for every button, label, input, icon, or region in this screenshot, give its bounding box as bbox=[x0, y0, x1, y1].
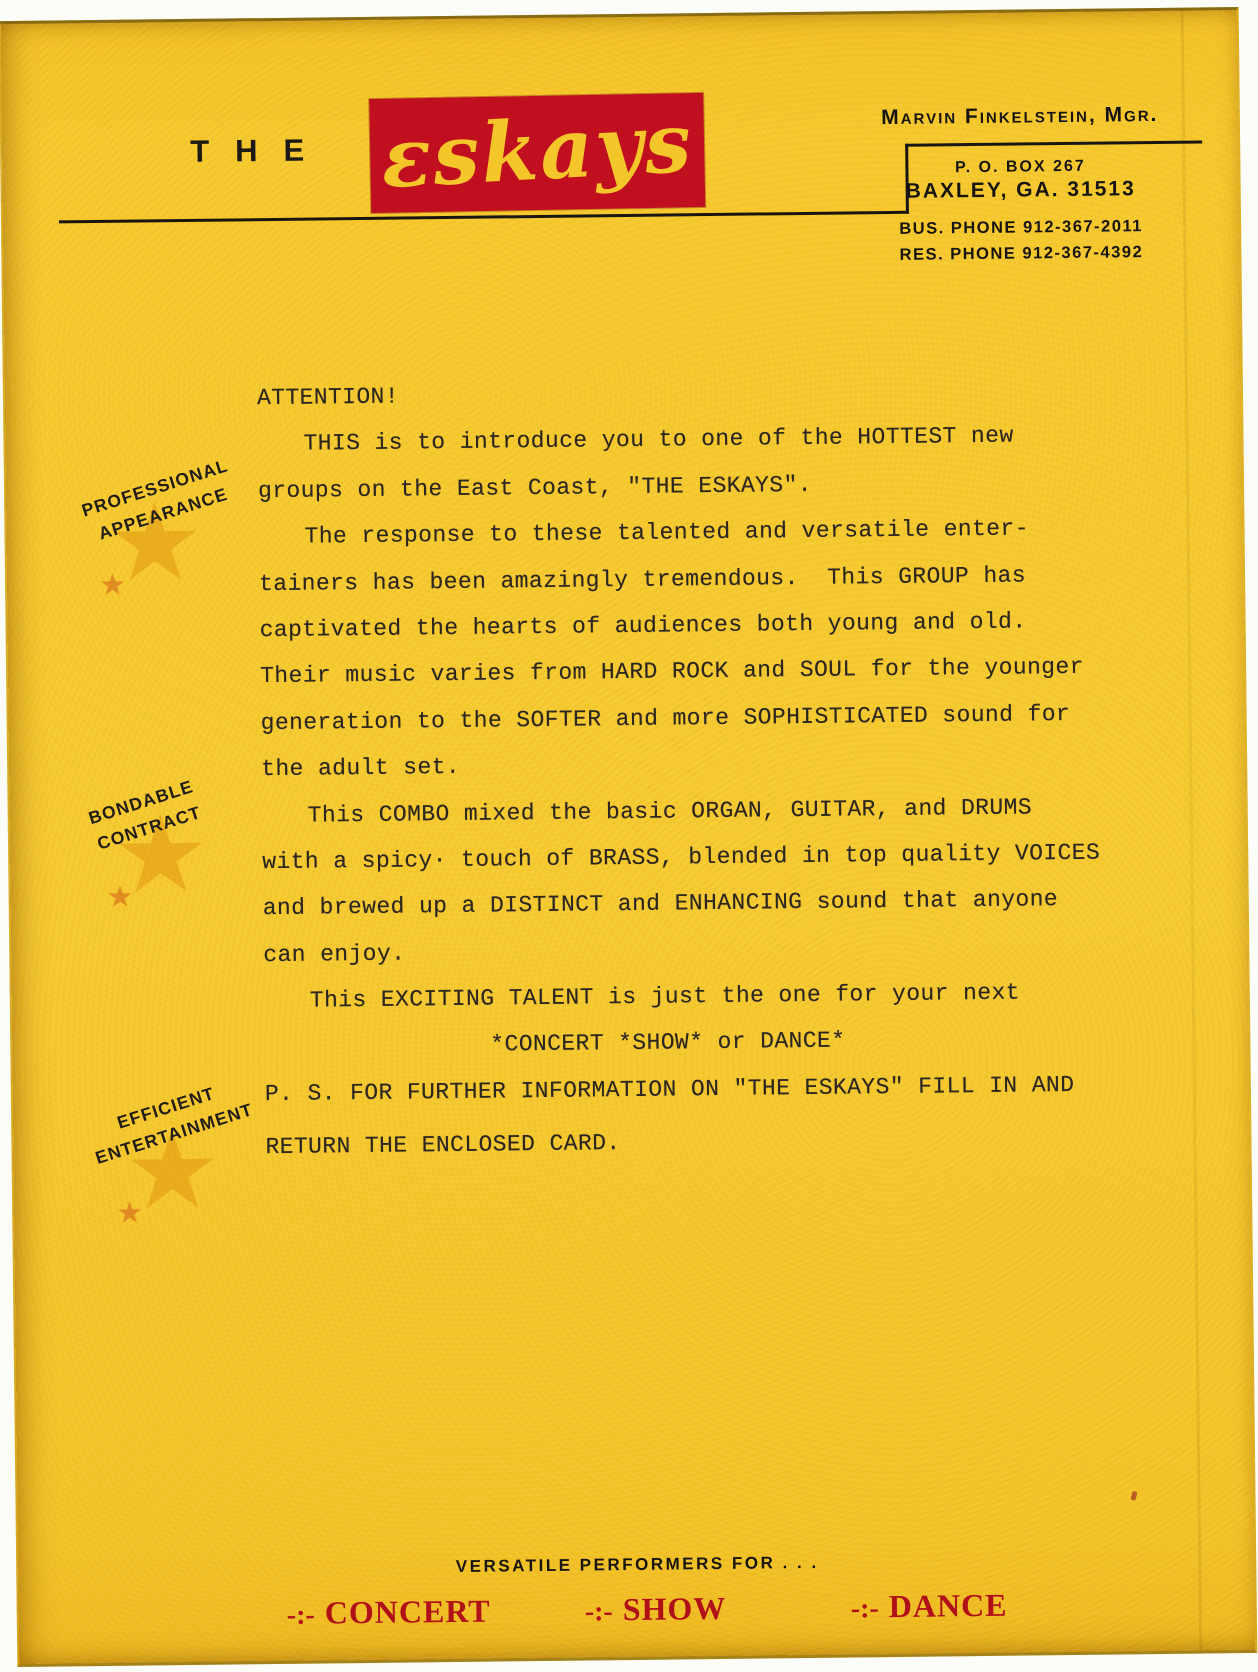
letter-body: ATTENTION! THIS is to introduce you to o… bbox=[257, 365, 1146, 1171]
po-box-line: P. O. BOX 267 bbox=[850, 157, 1190, 179]
stamp-professional-appearance: ★ ★ PROFESSIONAL APPEARANCE bbox=[64, 473, 255, 529]
brand-logo-box: εskays bbox=[369, 93, 705, 213]
stamp-efficient-entertainment: ★ ★ EFFICIENT ENTERTAINMENT bbox=[65, 1093, 276, 1149]
divider-mark: -:- bbox=[287, 1600, 315, 1631]
star-icon: ★ bbox=[106, 883, 133, 913]
divider-mark: -:- bbox=[585, 1596, 613, 1627]
manager-name: Marvin Finkelstein, Mgr. bbox=[840, 102, 1200, 130]
brand-prefix-the: THE bbox=[190, 132, 330, 170]
residence-phone-line: RES. PHONE 912-367-4392 bbox=[851, 243, 1191, 266]
footer-item-dance: -:-DANCE bbox=[851, 1587, 1008, 1626]
divider-mark: -:- bbox=[851, 1593, 879, 1624]
body-line-ps: P. S. FOR FURTHER INFORMATION ON "THE ES… bbox=[265, 1061, 1145, 1117]
body-line-ps: RETURN THE ENCLOSED CARD. bbox=[265, 1114, 1145, 1170]
star-icon: ★ bbox=[116, 1199, 143, 1229]
ink-speck bbox=[1130, 1491, 1137, 1501]
city-state-zip-line: BAXLEY, GA. 31513 bbox=[851, 177, 1191, 205]
footer-label: SHOW bbox=[623, 1590, 727, 1627]
letterhead-paper: THE εskays Marvin Finkelstein, Mgr. P. O… bbox=[0, 7, 1257, 1667]
footer-tagline: VERSATILE PERFORMERS FOR . . . bbox=[18, 1548, 1256, 1582]
footer-item-concert: -:-CONCERT bbox=[287, 1593, 491, 1632]
stamp-bondable-contract: ★ ★ BONDABLE CONTRACT bbox=[67, 788, 223, 844]
header-rule bbox=[59, 211, 909, 224]
brand-logo-eskays: εskays bbox=[379, 102, 695, 200]
footer-item-show: -:-SHOW bbox=[585, 1590, 727, 1629]
footer-label: DANCE bbox=[889, 1587, 1008, 1624]
manager-underline-rule bbox=[905, 140, 1202, 146]
business-phone-line: BUS. PHONE 912-367-2011 bbox=[851, 217, 1191, 240]
star-icon: ★ bbox=[99, 571, 126, 601]
footer-label: CONCERT bbox=[325, 1593, 491, 1631]
scanned-letter-canvas: THE εskays Marvin Finkelstein, Mgr. P. O… bbox=[0, 0, 1258, 1672]
